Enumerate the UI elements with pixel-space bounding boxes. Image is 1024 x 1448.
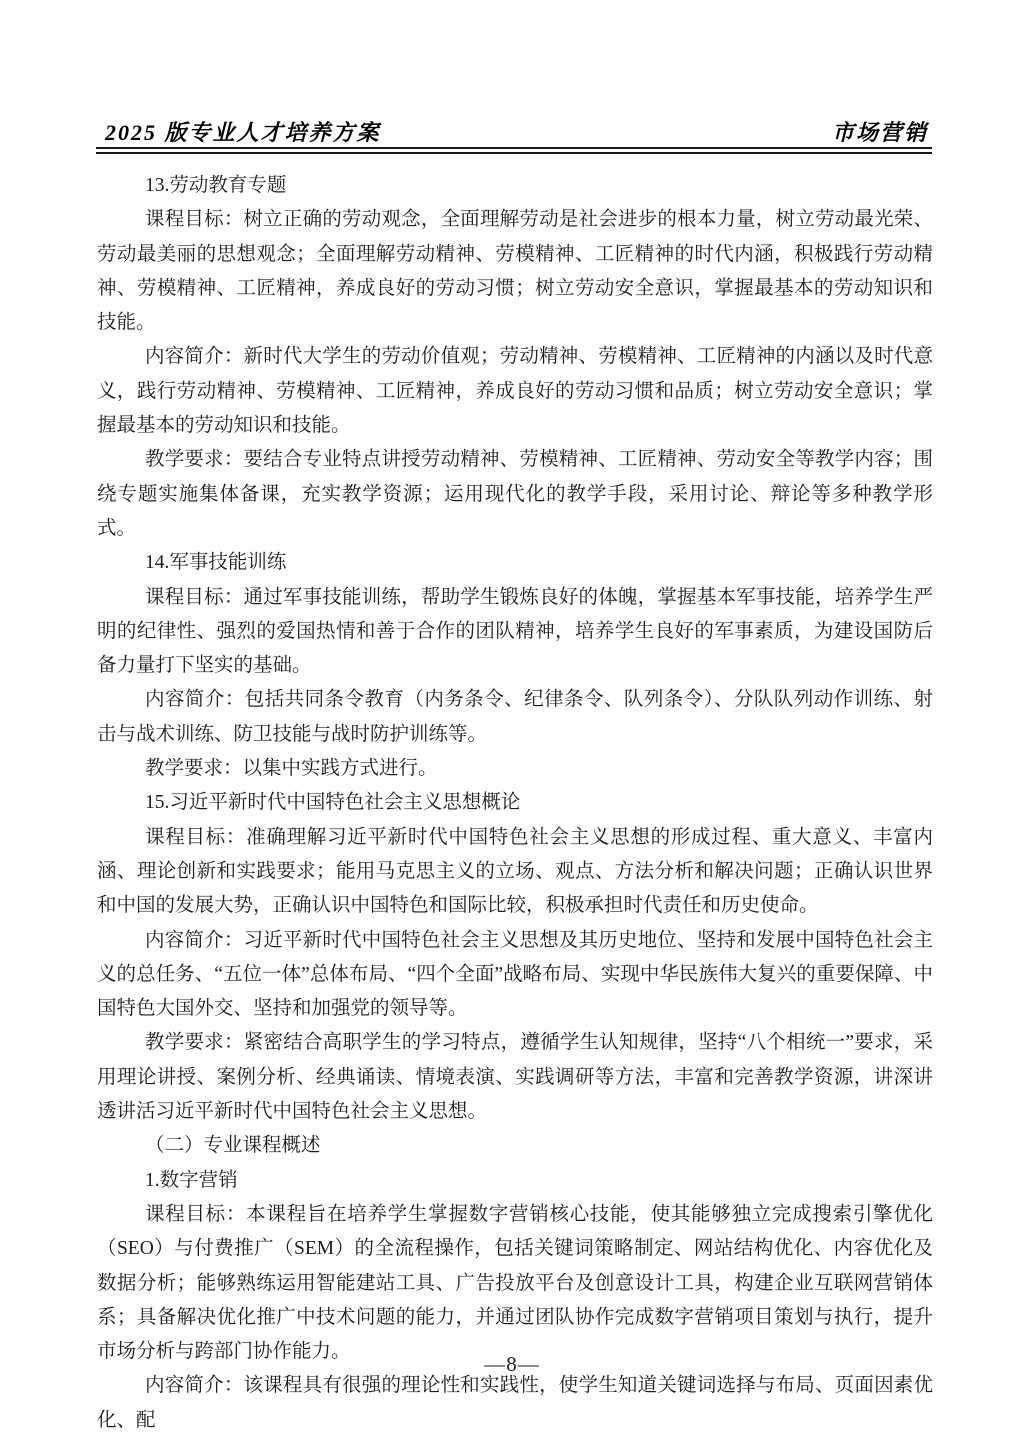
paragraph: 1.数字营销 — [97, 1164, 933, 1198]
page-footer: —8— — [0, 1352, 1024, 1377]
paragraph: （二）专业课程概述 — [97, 1129, 933, 1163]
paragraph: 内容简介：习近平新时代中国特色社会主义思想及其历史地位、坚持和发展中国特色社会主… — [97, 924, 933, 1027]
header-title-left: 2025 版专业人才培养方案 — [105, 116, 381, 147]
header-title-right: 市场营销 — [832, 116, 928, 147]
paragraph: 课程目标：通过军事技能训练，帮助学生锻炼良好的体魄，掌握基本军事技能，培养学生严… — [97, 581, 933, 684]
paragraph: 13.劳动教育专题 — [97, 169, 933, 203]
paragraph: 内容简介：该课程具有很强的理论性和实践性，使学生知道关键词选择与布局、页面因素优… — [97, 1369, 933, 1438]
paragraph: 内容简介：新时代大学生的劳动价值观；劳动精神、劳模精神、工匠精神的内涵以及时代意… — [97, 340, 933, 443]
paragraph: 教学要求：以集中实践方式进行。 — [97, 752, 933, 786]
document-page: 2025 版专业人才培养方案 市场营销 13.劳动教育专题课程目标：树立正确的劳… — [0, 0, 1024, 1448]
paragraph: 15.习近平新时代中国特色社会主义思想概论 — [97, 786, 933, 820]
page-header: 2025 版专业人才培养方案 市场营销 — [105, 116, 928, 147]
header-double-rule — [96, 147, 932, 154]
paragraph: 课程目标：本课程旨在培养学生掌握数字营销核心技能，使其能够独立完成搜索引擎优化（… — [97, 1198, 933, 1369]
paragraph: 14.军事技能训练 — [97, 546, 933, 580]
paragraph: 教学要求：紧密结合高职学生的学习特点，遵循学生认知规律，坚持“八个相统一”要求，… — [97, 1026, 933, 1129]
paragraph: 教学要求：要结合专业特点讲授劳动精神、劳模精神、工匠精神、劳动安全等教学内容；围… — [97, 443, 933, 546]
paragraph: 内容简介：包括共同条令教育（内务条令、纪律条令、队列条令）、分队队列动作训练、射… — [97, 683, 933, 752]
page-number: —8— — [484, 1352, 540, 1376]
document-body: 13.劳动教育专题课程目标：树立正确的劳动观念，全面理解劳动是社会进步的根本力量… — [97, 169, 933, 1438]
paragraph: 课程目标：树立正确的劳动观念，全面理解劳动是社会进步的根本力量，树立劳动最光荣、… — [97, 203, 933, 340]
paragraph: 课程目标：准确理解习近平新时代中国特色社会主义思想的形成过程、重大意义、丰富内涵… — [97, 821, 933, 924]
